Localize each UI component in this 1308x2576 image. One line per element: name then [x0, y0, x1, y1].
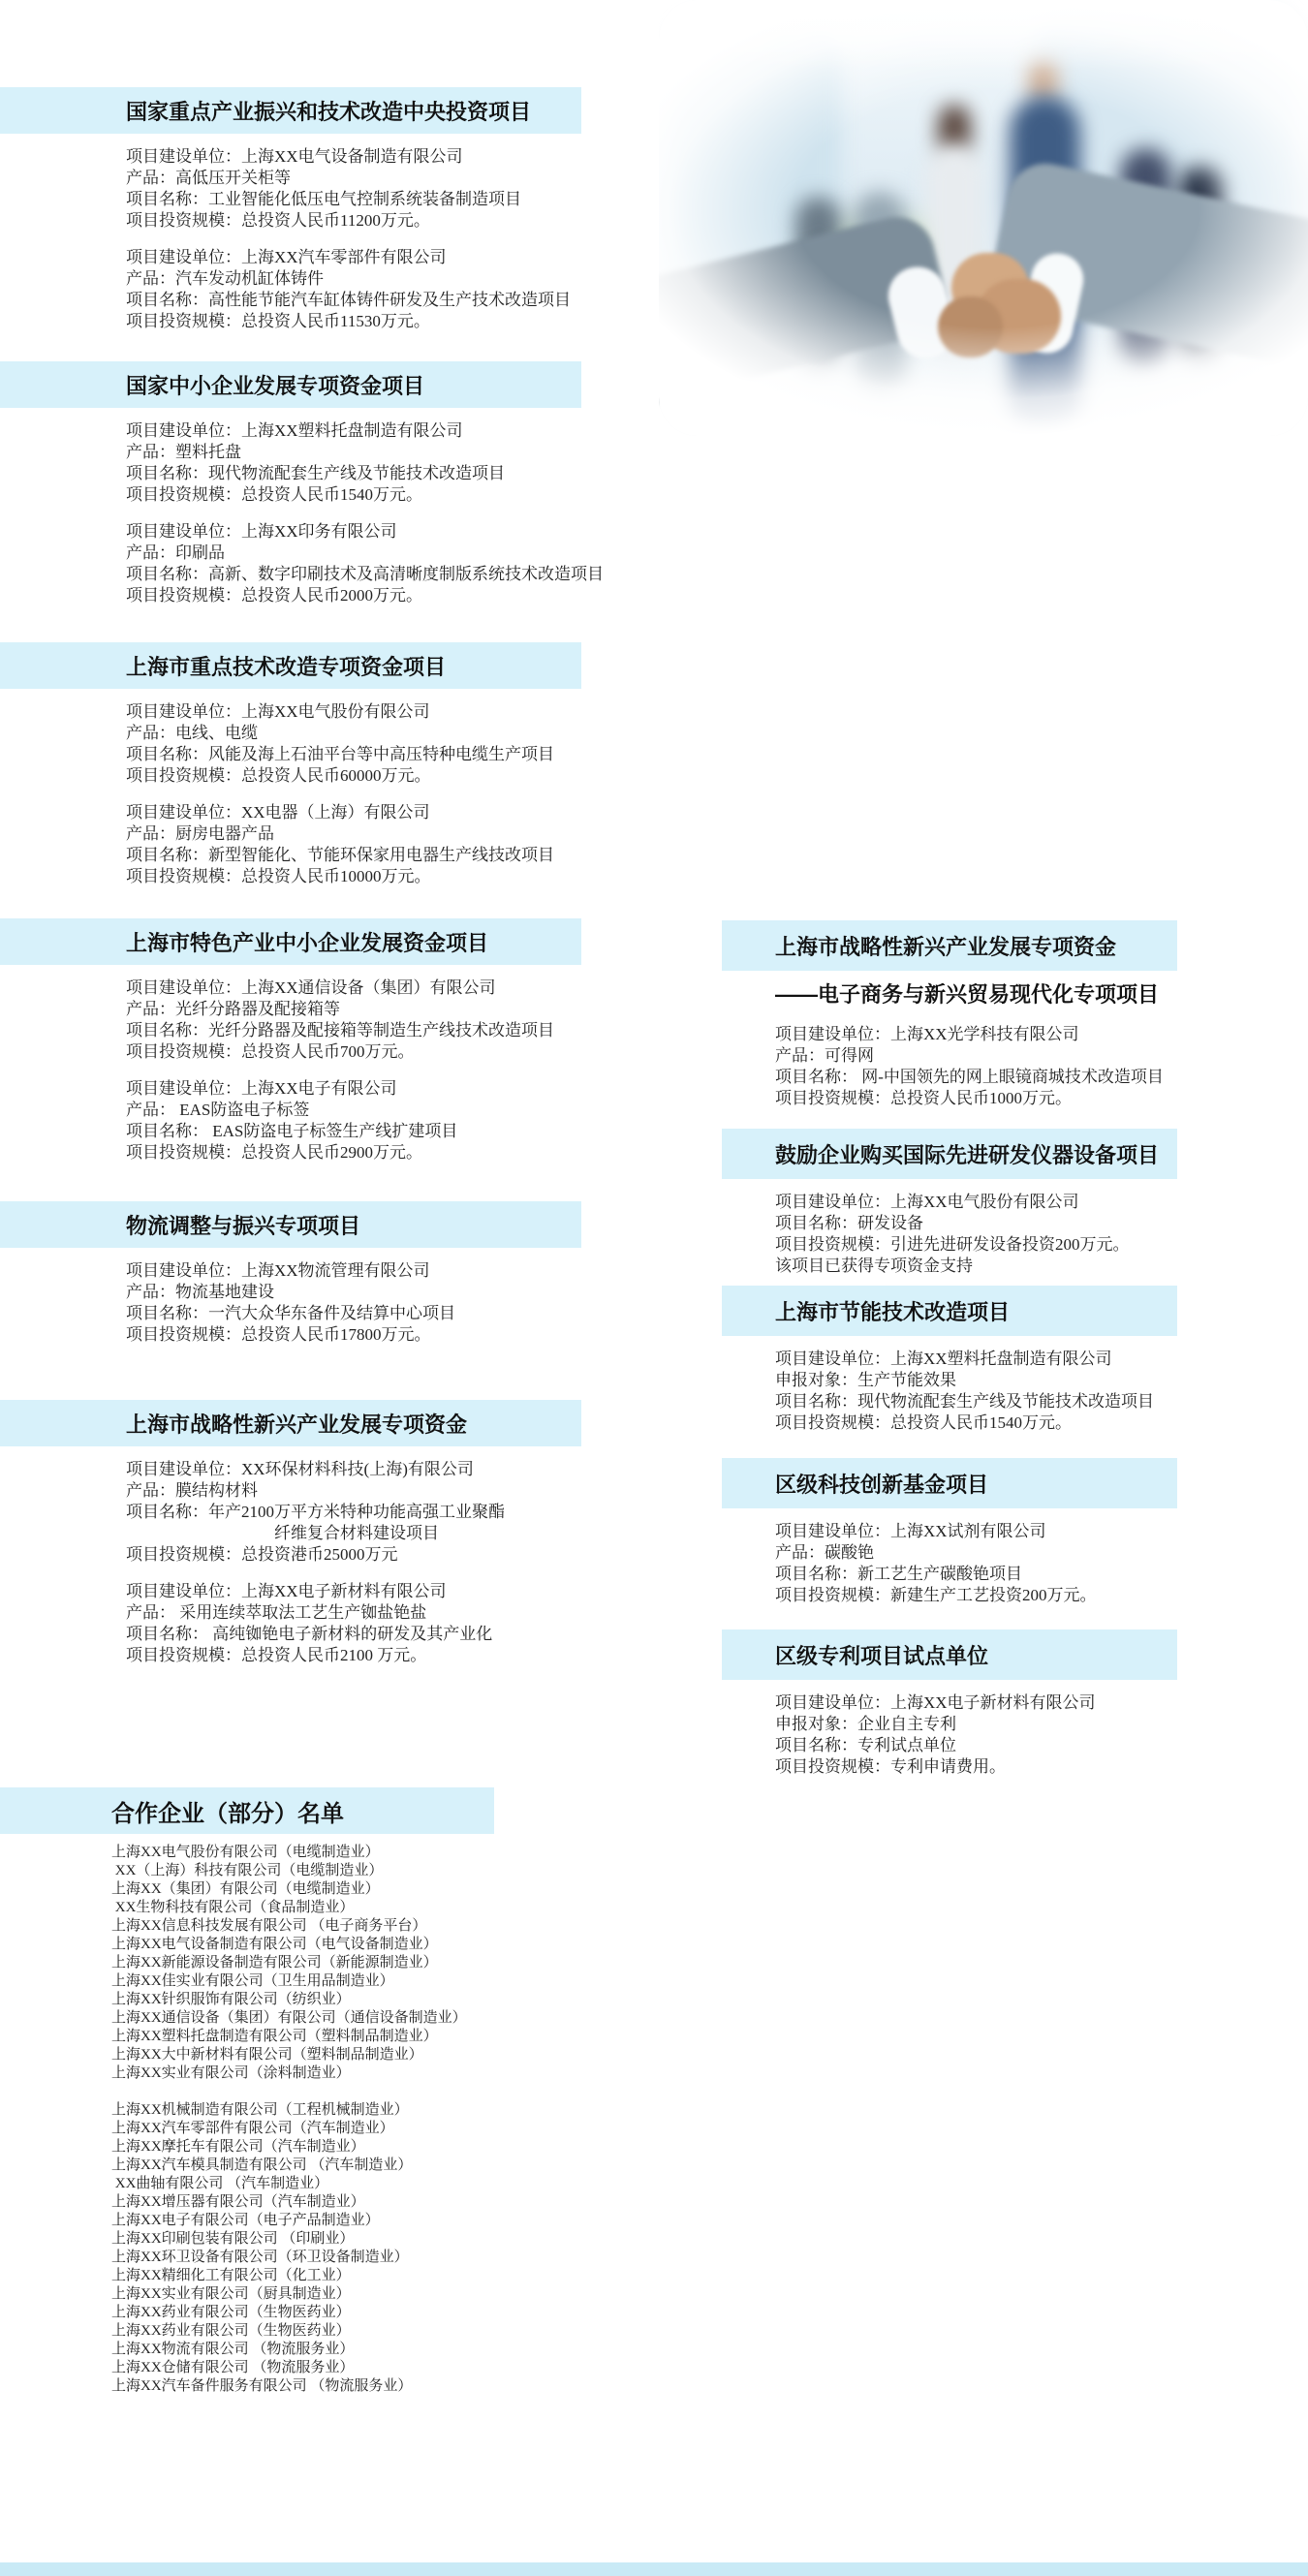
project-entry: 项目建设单位：上海XX电气股份有限公司项目名称：研发设备项目投资规模：引进先进研…	[775, 1192, 1211, 1277]
project-field-line: 项目名称：工业智能化低压电气控制系统装备制造项目	[126, 189, 620, 210]
project-field-line: 项目名称：高新、数字印刷技术及高清晰度制版系统技术改造项目	[126, 564, 620, 585]
partner-item: 上海XX电子有限公司（电子产品制造业）	[111, 2212, 620, 2230]
project-field-line: 项目建设单位：上海XX试剂有限公司	[775, 1521, 1211, 1542]
section-header: 上海市节能技术改造项目	[722, 1286, 1177, 1336]
partner-item: 上海XX信息科技发展有限公司 （电子商务平台）	[111, 1917, 620, 1936]
project-field-line: 项目建设单位：上海XX通信设备（集团）有限公司	[126, 978, 620, 999]
project-field-line: 项目名称：高性能节能汽车缸体铸件研发及生产技术改造项目	[126, 290, 620, 311]
project-field-line: 项目名称：风能及海上石油平台等中高压特种电缆生产项目	[126, 744, 620, 765]
project-field-line: 产品： 采用连续萃取法工艺生产铷盐铯盐	[126, 1602, 620, 1624]
project-entry: 项目建设单位：上海XX电子有限公司产品： EAS防盗电子标签项目名称： EAS防…	[126, 1078, 620, 1164]
partners-group: 上海XX电气股份有限公司（电缆制造业） XX（上海）科技有限公司（电缆制造业）上…	[111, 1844, 620, 2083]
project-field-line: 产品：印刷品	[126, 543, 620, 564]
project-entry: 项目建设单位：XX电器（上海）有限公司产品：厨房电器产品项目名称：新型智能化、节…	[126, 802, 620, 887]
project-field-line: 项目建设单位：上海XX电子新材料有限公司	[775, 1692, 1211, 1714]
project-field-line: 项目名称：专利试点单位	[775, 1735, 1211, 1756]
project-field-line: 项目投资规模：总投资人民币1540万元。	[126, 484, 620, 506]
section: 上海市节能技术改造项目项目建设单位：上海XX塑料托盘制造有限公司申报对象：生产节…	[722, 1286, 1211, 1434]
partner-item: 上海XX药业有限公司（生物医药业）	[111, 2322, 620, 2341]
partner-item: 上海XX（集团）有限公司（电缆制造业）	[111, 1880, 620, 1899]
project-field-line: 产品：膜结构材料	[126, 1480, 620, 1502]
section-title: 区级专利项目试点单位	[775, 1640, 988, 1670]
partners-section: 合作企业（部分）名单 上海XX电气股份有限公司（电缆制造业） XX（上海）科技有…	[0, 1787, 620, 2396]
project-field-line: 项目建设单位：上海XX印务有限公司	[126, 521, 620, 543]
project-field-line: 项目建设单位：上海XX电气设备制造有限公司	[126, 146, 620, 168]
project-field-line: 项目投资规模：总投资人民币2900万元。	[126, 1142, 620, 1164]
project-field-line: 项目名称：光纤分路器及配接箱等制造生产线技术改造项目	[126, 1020, 620, 1041]
project-field-line: 项目投资规模：总投资港币25000万元	[126, 1544, 620, 1566]
section-title: 区级科技创新基金项目	[775, 1469, 988, 1499]
partner-item: 上海XX汽车模具制造有限公司 （汽车制造业）	[111, 2157, 620, 2175]
partner-item: 上海XX仓储有限公司 （物流服务业）	[111, 2359, 620, 2377]
project-field-line: 申报对象：企业自主专利	[775, 1714, 1211, 1735]
project-entry: 项目建设单位：XX环保材料科技(上海)有限公司产品：膜结构材料项目名称：年产21…	[126, 1459, 620, 1566]
partner-item: 上海XX大中新材料有限公司（塑料制品制造业）	[111, 2046, 620, 2064]
partner-item: XX（上海）科技有限公司（电缆制造业）	[111, 1862, 620, 1880]
section: 上海市战略性新兴产业发展专项资金——电子商务与新兴贸易现代化专项项目项目建设单位…	[722, 920, 1211, 1109]
project-field-line: 项目投资规模：引进先进研发设备投资200万元。	[775, 1234, 1211, 1256]
section-header: 上海市战略性新兴产业发展专项资金	[0, 1400, 581, 1446]
project-entry: 项目建设单位：上海XX塑料托盘制造有限公司申报对象：生产节能效果项目名称：现代物…	[775, 1349, 1211, 1434]
project-field-line: 产品：塑料托盘	[126, 442, 620, 463]
project-field-line: 项目建设单位：上海XX电子新材料有限公司	[126, 1581, 620, 1602]
partner-item: 上海XX药业有限公司（生物医药业）	[111, 2304, 620, 2322]
page: 国家重点产业振兴和技术改造中央投资项目项目建设单位：上海XX电气设备制造有限公司…	[0, 0, 1308, 2576]
project-field-line: 项目投资规模：总投资人民币1000万元。	[775, 1088, 1211, 1109]
project-field-line: 项目投资规模：总投资人民币700万元。	[126, 1041, 620, 1063]
partner-item: 上海XX物流有限公司 （物流服务业）	[111, 2341, 620, 2359]
project-field-line: 项目投资规模：总投资人民币17800万元。	[126, 1324, 620, 1346]
section-header: 上海市战略性新兴产业发展专项资金	[722, 920, 1177, 971]
partner-item: 上海XX精细化工有限公司（化工业）	[111, 2267, 620, 2285]
section: 鼓励企业购买国际先进研发仪器设备项目项目建设单位：上海XX电气股份有限公司项目名…	[722, 1129, 1211, 1277]
project-field-line: 产品：碳酸铯	[775, 1542, 1211, 1564]
handshake-photo	[659, 0, 1308, 436]
project-field-line: 项目投资规模：新建生产工艺投资200万元。	[775, 1585, 1211, 1606]
project-field-line: 项目名称： 网-中国领先的网上眼镜商城技术改造项目	[775, 1067, 1211, 1088]
section-subtitle: ——电子商务与新兴贸易现代化专项项目	[775, 978, 1211, 1011]
section-title: 物流调整与振兴专项项目	[126, 1210, 360, 1240]
partner-item: 上海XX塑料托盘制造有限公司（塑料制品制造业）	[111, 2028, 620, 2046]
section-header: 鼓励企业购买国际先进研发仪器设备项目	[722, 1129, 1177, 1179]
project-entry: 项目建设单位：上海XX试剂有限公司产品：碳酸铯项目名称：新工艺生产碳酸铯项目项目…	[775, 1521, 1211, 1606]
partners-group: 上海XX机械制造有限公司（工程机械制造业）上海XX汽车零部件有限公司（汽车制造业…	[111, 2101, 620, 2396]
project-field-line: 项目名称：一汽大众华东备件及结算中心项目	[126, 1303, 620, 1324]
project-field-line: 项目投资规模：总投资人民币1540万元。	[775, 1412, 1211, 1434]
project-entry: 项目建设单位：上海XX塑料托盘制造有限公司产品：塑料托盘项目名称：现代物流配套生…	[126, 420, 620, 506]
project-field-line: 项目建设单位：上海XX塑料托盘制造有限公司	[126, 420, 620, 442]
section: 上海市重点技术改造专项资金项目项目建设单位：上海XX电气股份有限公司产品：电线、…	[0, 642, 620, 887]
partner-item: 上海XX佳实业有限公司（卫生用品制造业）	[111, 1972, 620, 1991]
section: 上海市战略性新兴产业发展专项资金项目建设单位：XX环保材料科技(上海)有限公司产…	[0, 1400, 620, 1666]
project-field-line: 产品： EAS防盗电子标签	[126, 1100, 620, 1121]
section-title: 国家中小企业发展专项资金项目	[126, 370, 424, 400]
section-header: 区级专利项目试点单位	[722, 1629, 1177, 1680]
project-field-line: 项目投资规模：总投资人民币60000万元。	[126, 765, 620, 787]
project-entry: 项目建设单位：上海XX物流管理有限公司产品：物流基地建设项目名称：一汽大众华东备…	[126, 1260, 620, 1346]
partner-item: 上海XX印刷包装有限公司 （印刷业）	[111, 2230, 620, 2249]
project-entry: 项目建设单位：上海XX电气设备制造有限公司产品：高低压开关柜等项目名称：工业智能…	[126, 146, 620, 232]
project-field-line: 项目名称：新型智能化、节能环保家用电器生产线技改项目	[126, 845, 620, 866]
partner-item: XX生物科技有限公司（食品制造业）	[111, 1899, 620, 1917]
footer-accent-bar	[0, 2562, 1308, 2576]
section-header: 上海市重点技术改造专项资金项目	[0, 642, 581, 689]
partner-item: 上海XX电气股份有限公司（电缆制造业）	[111, 1844, 620, 1862]
partner-item: 上海XX实业有限公司（厨具制造业）	[111, 2285, 620, 2304]
partner-item: 上海XX实业有限公司（涂料制造业）	[111, 2064, 620, 2083]
project-field-line: 项目建设单位：上海XX电子有限公司	[126, 1078, 620, 1100]
project-entry: 项目建设单位：上海XX电子新材料有限公司产品： 采用连续萃取法工艺生产铷盐铯盐项…	[126, 1581, 620, 1666]
partners-title: 合作企业（部分）名单	[111, 1794, 344, 1828]
project-field-line: 项目投资规模：总投资人民币2000万元。	[126, 585, 620, 606]
project-field-line: 项目名称：新工艺生产碳酸铯项目	[775, 1564, 1211, 1585]
partner-item: 上海XX电气设备制造有限公司（电气设备制造业）	[111, 1936, 620, 1954]
project-field-line: 项目名称：现代物流配套生产线及节能技术改造项目	[775, 1391, 1211, 1412]
project-field-line: 产品：高低压开关柜等	[126, 168, 620, 189]
project-entry: 项目建设单位：上海XX电子新材料有限公司申报对象：企业自主专利项目名称：专利试点…	[775, 1692, 1211, 1778]
section-title: 上海市战略性新兴产业发展专项资金	[126, 1409, 467, 1439]
project-field-line: 项目建设单位：XX环保材料科技(上海)有限公司	[126, 1459, 620, 1480]
section-header: 物流调整与振兴专项项目	[0, 1201, 581, 1248]
project-field-line: 项目建设单位：上海XX电气股份有限公司	[126, 701, 620, 723]
section-title: 上海市节能技术改造项目	[775, 1296, 1010, 1326]
project-entry: 项目建设单位：上海XX电气股份有限公司产品：电线、电缆项目名称：风能及海上石油平…	[126, 701, 620, 787]
section: 国家中小企业发展专项资金项目项目建设单位：上海XX塑料托盘制造有限公司产品：塑料…	[0, 361, 620, 606]
partners-list: 上海XX电气股份有限公司（电缆制造业） XX（上海）科技有限公司（电缆制造业）上…	[111, 1844, 620, 2396]
partner-item: 上海XX针织服饰有限公司（纺织业）	[111, 1991, 620, 2009]
section-header: 国家中小企业发展专项资金项目	[0, 361, 581, 408]
section: 物流调整与振兴专项项目项目建设单位：上海XX物流管理有限公司产品：物流基地建设项…	[0, 1201, 620, 1346]
project-field-line: 项目名称：研发设备	[775, 1213, 1211, 1234]
partner-item: 上海XX增压器有限公司（汽车制造业）	[111, 2193, 620, 2212]
project-field-line: 产品：厨房电器产品	[126, 823, 620, 845]
partner-item: XX曲轴有限公司 （汽车制造业）	[111, 2175, 620, 2193]
partner-item: 上海XX汽车备件服务有限公司 （物流服务业）	[111, 2377, 620, 2396]
section: 区级科技创新基金项目项目建设单位：上海XX试剂有限公司产品：碳酸铯项目名称：新工…	[722, 1458, 1211, 1606]
project-field-line: 项目名称： 高纯铷铯电子新材料的研发及其产业化	[126, 1624, 620, 1645]
project-field-line: 项目建设单位：上海XX光学科技有限公司	[775, 1024, 1211, 1045]
partner-item: 上海XX摩托车有限公司（汽车制造业）	[111, 2138, 620, 2157]
project-field-line: 项目名称：年产2100万平方米特种功能高强工业聚酯	[126, 1502, 620, 1523]
project-entry: 项目建设单位：上海XX光学科技有限公司产品：可得网项目名称： 网-中国领先的网上…	[775, 1024, 1211, 1109]
project-field-line: 项目投资规模：总投资人民币2100 万元。	[126, 1645, 620, 1666]
project-entry: 项目建设单位：上海XX汽车零部件有限公司产品：汽车发动机缸体铸件项目名称：高性能…	[126, 247, 620, 332]
section-title: 上海市战略性新兴产业发展专项资金	[775, 931, 1116, 961]
project-field-line: 产品：光纤分路器及配接箱等	[126, 999, 620, 1020]
project-field-line: 产品：汽车发动机缸体铸件	[126, 268, 620, 290]
section-title: 上海市特色产业中小企业发展资金项目	[126, 927, 488, 957]
project-field-line: 该项目已获得专项资金支持	[775, 1256, 1211, 1277]
section-title: 国家重点产业振兴和技术改造中央投资项目	[126, 96, 531, 126]
section: 上海市特色产业中小企业发展资金项目项目建设单位：上海XX通信设备（集团）有限公司…	[0, 918, 620, 1164]
section-title: 上海市重点技术改造专项资金项目	[126, 651, 446, 681]
project-field-line: 项目投资规模：总投资人民币11200万元。	[126, 210, 620, 232]
section: 区级专利项目试点单位项目建设单位：上海XX电子新材料有限公司申报对象：企业自主专…	[722, 1629, 1211, 1778]
partner-item: 上海XX通信设备（集团）有限公司（通信设备制造业）	[111, 2009, 620, 2028]
project-entry: 项目建设单位：上海XX印务有限公司产品：印刷品项目名称：高新、数字印刷技术及高清…	[126, 521, 620, 606]
project-field-line: 申报对象：生产节能效果	[775, 1370, 1211, 1391]
project-field-line: 项目建设单位：XX电器（上海）有限公司	[126, 802, 620, 823]
project-field-line: 项目建设单位：上海XX物流管理有限公司	[126, 1260, 620, 1282]
project-field-line: 产品：物流基地建设	[126, 1282, 620, 1303]
photo-top-fade	[659, 0, 1308, 436]
partner-item: 上海XX机械制造有限公司（工程机械制造业）	[111, 2101, 620, 2120]
project-field-line: 项目投资规模：总投资人民币10000万元。	[126, 866, 620, 887]
project-field-line: 产品：可得网	[775, 1045, 1211, 1067]
project-field-line: 项目名称：现代物流配套生产线及节能技术改造项目	[126, 463, 620, 484]
section: 国家重点产业振兴和技术改造中央投资项目项目建设单位：上海XX电气设备制造有限公司…	[0, 87, 620, 332]
project-field-line: 项目名称： EAS防盗电子标签生产线扩建项目	[126, 1121, 620, 1142]
partner-item: 上海XX新能源设备制造有限公司（新能源制造业）	[111, 1954, 620, 1972]
project-field-line: 项目建设单位：上海XX电气股份有限公司	[775, 1192, 1211, 1213]
project-field-line: 项目建设单位：上海XX汽车零部件有限公司	[126, 247, 620, 268]
project-field-line: 项目建设单位：上海XX塑料托盘制造有限公司	[775, 1349, 1211, 1370]
partners-header: 合作企业（部分）名单	[0, 1787, 494, 1834]
partner-item: 上海XX环卫设备有限公司（环卫设备制造业）	[111, 2249, 620, 2267]
section-header: 国家重点产业振兴和技术改造中央投资项目	[0, 87, 581, 134]
section-header: 区级科技创新基金项目	[722, 1458, 1177, 1508]
project-entry: 项目建设单位：上海XX通信设备（集团）有限公司产品：光纤分路器及配接箱等项目名称…	[126, 978, 620, 1063]
project-field-line: 产品：电线、电缆	[126, 723, 620, 744]
section-title: 鼓励企业购买国际先进研发仪器设备项目	[775, 1139, 1159, 1169]
section-header: 上海市特色产业中小企业发展资金项目	[0, 918, 581, 965]
project-field-line: 纤维复合材料建设项目	[126, 1523, 620, 1544]
partner-item: 上海XX汽车零部件有限公司（汽车制造业）	[111, 2120, 620, 2138]
project-field-line: 项目投资规模：总投资人民币11530万元。	[126, 311, 620, 332]
project-field-line: 项目投资规模：专利申请费用。	[775, 1756, 1211, 1778]
